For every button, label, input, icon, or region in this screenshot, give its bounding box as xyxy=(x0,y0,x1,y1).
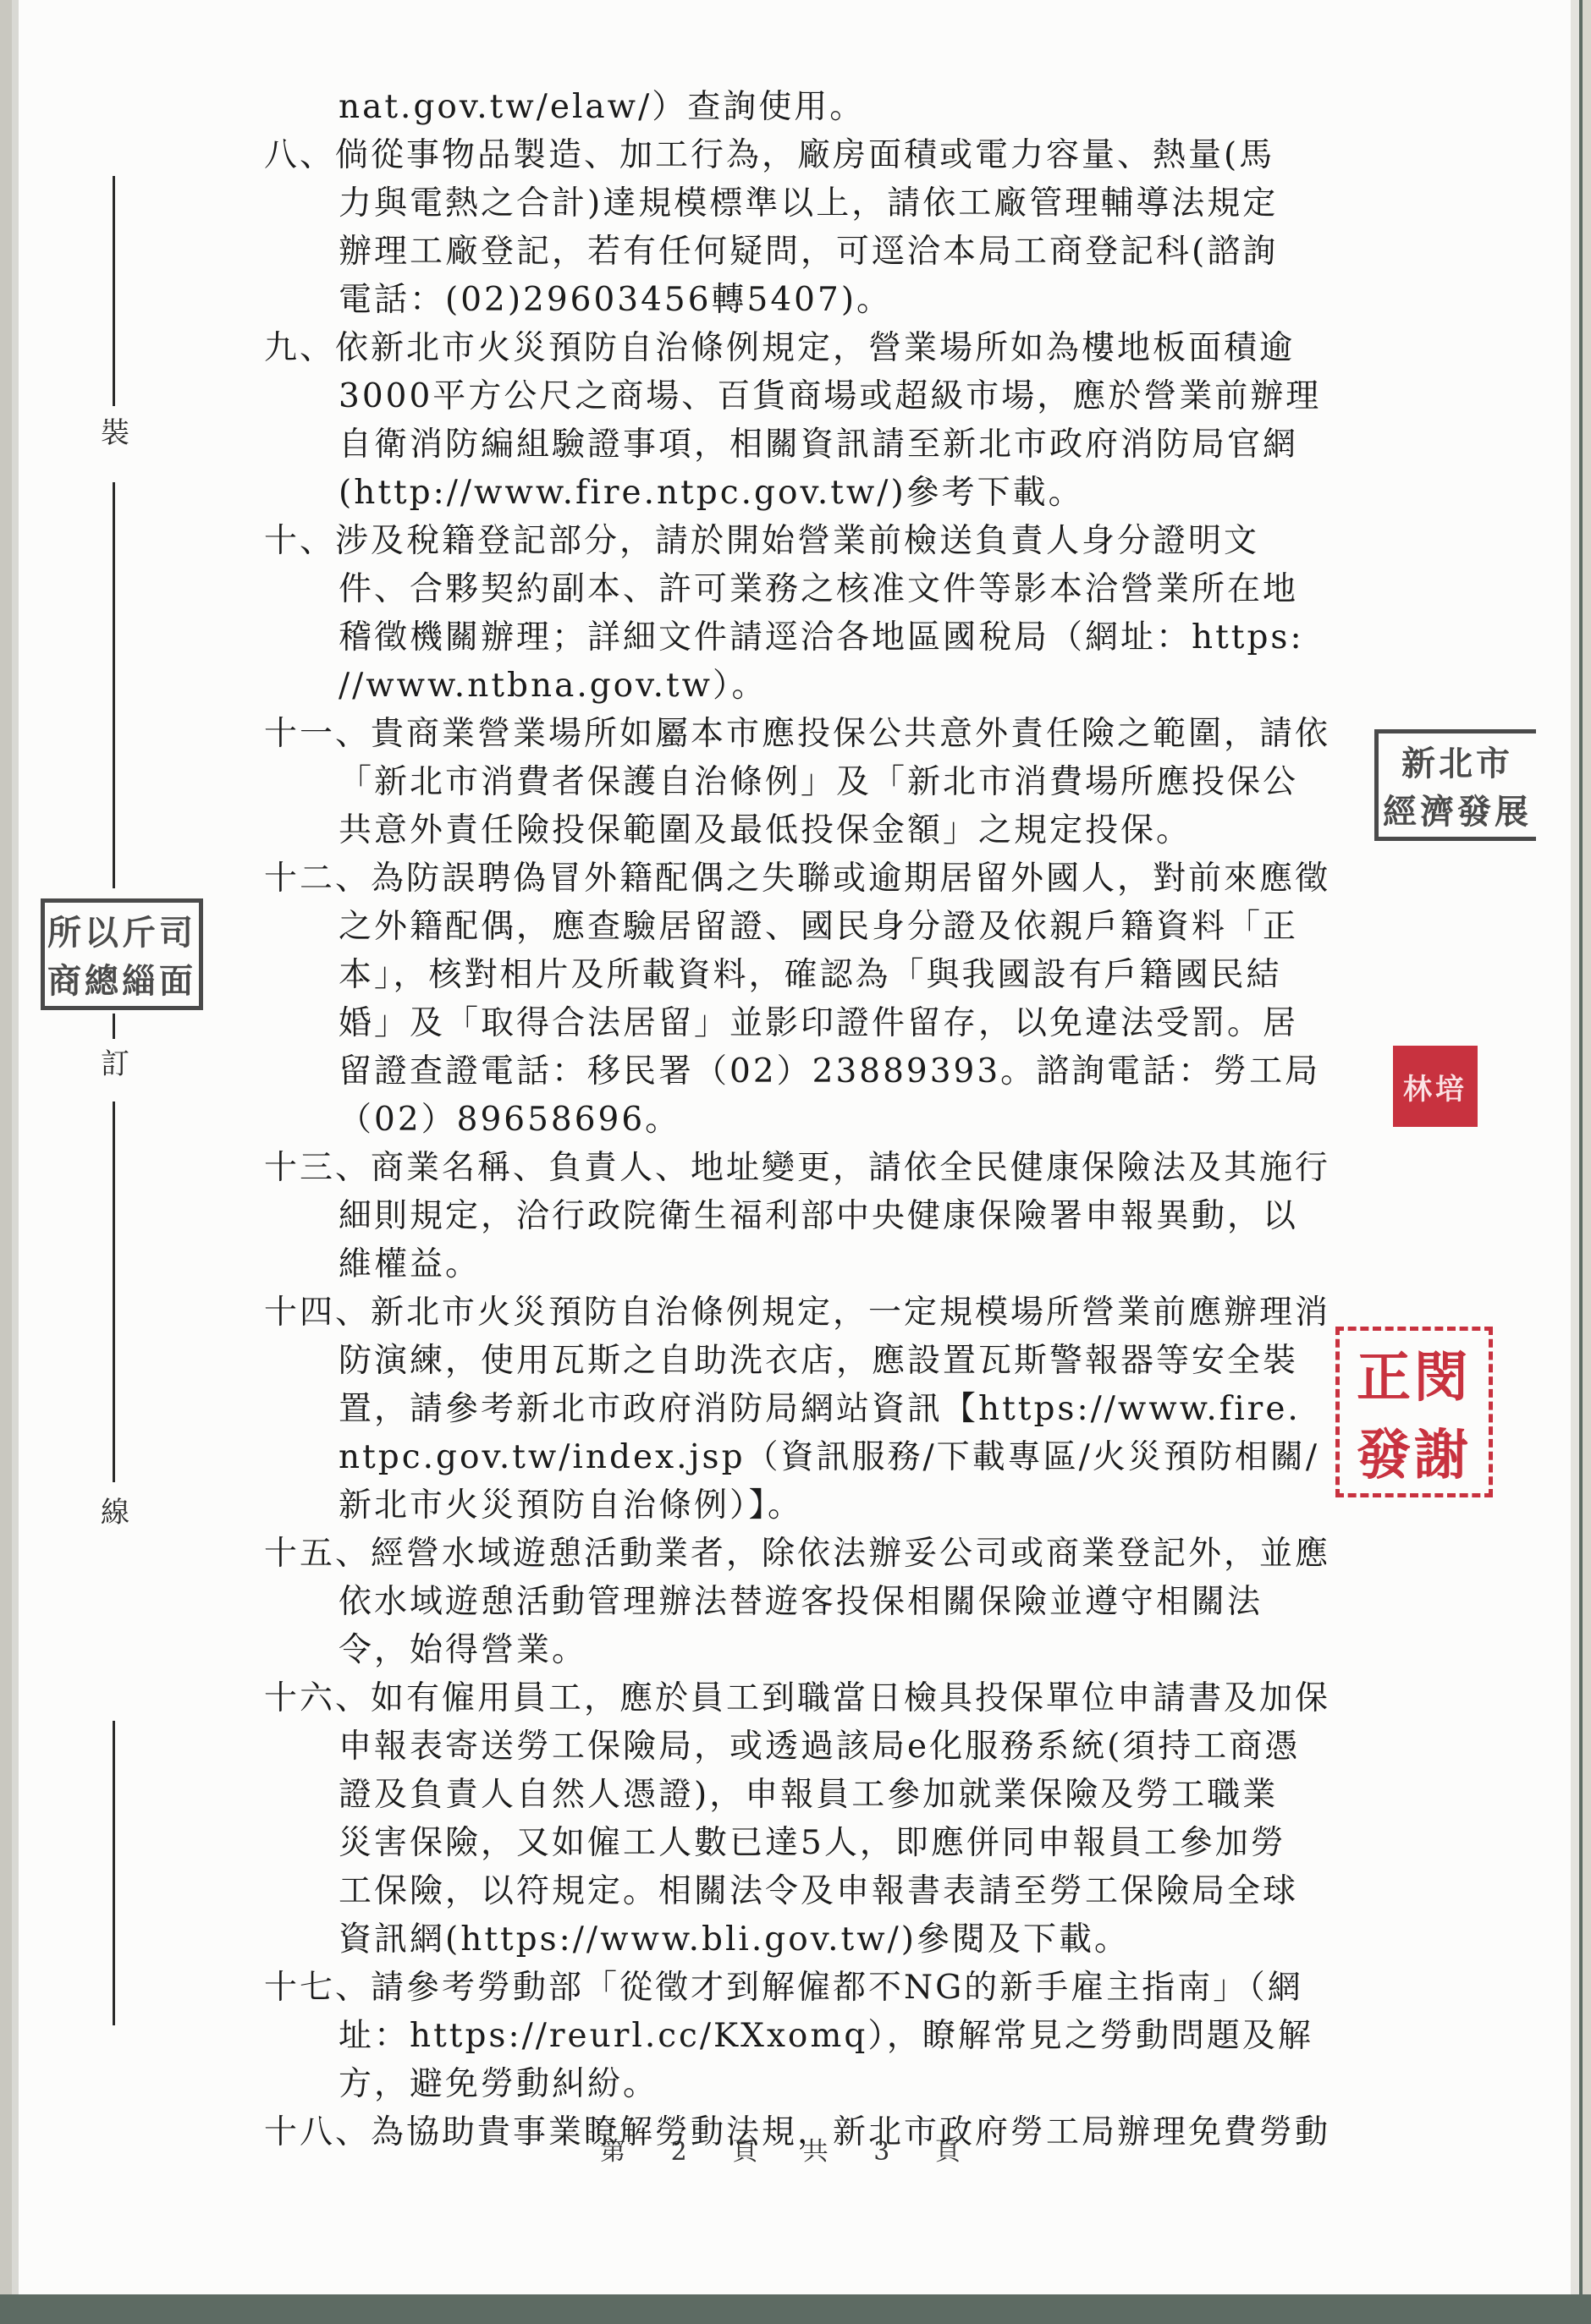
item-marker: 十五、 xyxy=(264,1530,371,1578)
line-text: (http://www.fire.ntpc.gov.tw/)參考下載。 xyxy=(339,474,1084,512)
text-line: 資訊網(https://www.bli.gov.tw/)參閱及下載。 xyxy=(264,1915,1390,1964)
text-line: 辦理工廠登記，若有任何疑問，可逕洽本局工商登記科(諮詢 xyxy=(264,228,1390,276)
list-item: 八、倘從事物品製造、加工行為，廠房面積或電力容量、熱量(馬力與電熱之合計)達規模… xyxy=(264,131,1390,324)
text-line: 工保險，以符規定。相關法令及申報書表請至勞工保險局全球 xyxy=(264,1867,1390,1915)
binding-line-mid-3 xyxy=(113,1102,115,1482)
text-line: 申報表寄送勞工保險局，或透過該局e化服務系統(須持工商憑 xyxy=(264,1722,1390,1771)
text-line: 細則規定，洽行政院衛生福利部中央健康保險署申報異動，以 xyxy=(264,1192,1390,1240)
text-line: 留證查證電話：移民署（02）23889393。諮詢電話：勞工局 xyxy=(264,1047,1390,1096)
text-line: 令，始得營業。 xyxy=(264,1626,1390,1674)
text-line: 電話：(02)29603456轉5407)。 xyxy=(264,276,1390,324)
item-marker: 十七、 xyxy=(264,1964,371,2012)
list-item: 十三、商業名稱、負責人、地址變更，請依全民健康保險法及其施行細則規定，洽行政院衛… xyxy=(264,1144,1390,1288)
text-line: 九、依新北市火災預防自治條例規定，營業場所如為樓地板面積逾 xyxy=(264,324,1390,372)
binding-line-mid-1 xyxy=(113,482,115,888)
text-line: 十七、請參考勞動部「從徵才到解僱都不NG的新手雇主指南」（網 xyxy=(264,1964,1390,2012)
text-line: 力與電熱之合計)達規模標準以上，請依工廠管理輔導法規定 xyxy=(264,179,1390,228)
binding-line-bottom xyxy=(113,1721,115,2025)
list-item: 十五、經營水域遊憩活動業者，除依法辦妥公司或商業登記外，並應依水域遊憩活動管理辦… xyxy=(264,1530,1390,1674)
text-line: 3000平方公尺之商場、百貨商場或超級市場，應於營業前辦理 xyxy=(264,372,1390,420)
line-text: 3000平方公尺之商場、百貨商場或超級市場，應於營業前辦理 xyxy=(339,377,1321,415)
text-line: (http://www.fire.ntpc.gov.tw/)參考下載。 xyxy=(264,469,1390,517)
item-marker: 八、 xyxy=(264,131,335,179)
line-text: 址：https://reurl.cc/KXxomq），瞭解常見之勞動問題及解 xyxy=(339,2017,1313,2055)
line-text: 留證查證電話：移民署（02）23889393。諮詢電話：勞工局 xyxy=(339,1052,1320,1091)
seal-large-red: 正閔 發謝 xyxy=(1335,1327,1493,1497)
page-number: 第 2 頁 共 3 頁 xyxy=(0,2130,1579,2167)
line-text: 置，請參考新北市政府消防局網站資訊【https://www.fire. xyxy=(339,1390,1301,1428)
text-line: 防演練，使用瓦斯之自助洗衣店，應設置瓦斯警報器等安全裝 xyxy=(264,1337,1390,1385)
text-line: 新北市火災預防自治條例）】。 xyxy=(264,1481,1390,1530)
list-item: 十四、新北市火災預防自治條例規定，一定規模場所營業前應辦理消防演練，使用瓦斯之自… xyxy=(264,1288,1390,1530)
list-item: 十二、為防誤聘偽冒外籍配偶之失聯或逾期居留外國人，對前來應徵之外籍配偶，應查驗居… xyxy=(264,854,1390,1144)
text-line: 件、合夥契約副本、許可業務之核准文件等影本洽營業所在地 xyxy=(264,565,1390,613)
seal-right-gray: 新北市 經濟發展 xyxy=(1374,729,1536,841)
line-text: 經營水域遊憩活動業者，除依法辦妥公司或商業登記外，並應 xyxy=(371,1535,1330,1573)
line-text: 辦理工廠登記，若有任何疑問，可逕洽本局工商登記科(諮詢 xyxy=(339,233,1278,271)
text-line: 維權益。 xyxy=(264,1240,1390,1288)
line-text: 倘從事物品製造、加工行為，廠房面積或電力容量、熱量(馬 xyxy=(335,136,1274,174)
line-text: 力與電熱之合計)達規模標準以上，請依工廠管理輔導法規定 xyxy=(339,184,1278,223)
text-line: 十四、新北市火災預防自治條例規定，一定規模場所營業前應辦理消 xyxy=(264,1288,1390,1337)
line-text: 婚」及「取得合法居留」並影印證件留存，以免違法受罰。居 xyxy=(339,1004,1298,1042)
line-text: ntpc.gov.tw/index.jsp（資訊服務/下載專區/火災預防相關/ xyxy=(339,1438,1319,1476)
line-text: 細則規定，洽行政院衛生福利部中央健康保險署申報異動，以 xyxy=(339,1197,1298,1235)
line-text: 證及負責人自然人憑證)，申報員工參加就業保險及勞工職業 xyxy=(339,1776,1278,1814)
binding-label-zhuang: 裝 xyxy=(98,409,132,451)
list-item: 十、涉及稅籍登記部分，請於開始營業前檢送負責人身分證明文件、合夥契約副本、許可業… xyxy=(264,517,1390,710)
text-line: 證及負責人自然人憑證)，申報員工參加就業保險及勞工職業 xyxy=(264,1771,1390,1819)
line-text: 貴商業營業場所如屬本市應投保公共意外責任險之範圍，請依 xyxy=(371,715,1330,753)
text-line: 十六、如有僱用員工，應於員工到職當日檢具投保單位申請書及加保 xyxy=(264,1674,1390,1722)
line-text: nat.gov.tw/elaw/）查詢使用。 xyxy=(339,88,865,126)
text-line: 災害保險，又如僱工人數已達5人，即應併同申報員工參加勞 xyxy=(264,1819,1390,1867)
binding-line-top xyxy=(113,176,115,406)
text-line: 置，請參考新北市政府消防局網站資訊【https://www.fire. xyxy=(264,1385,1390,1433)
line-text: 如有僱用員工，應於員工到職當日檢具投保單位申請書及加保 xyxy=(371,1679,1330,1717)
text-line: nat.gov.tw/elaw/）查詢使用。 xyxy=(264,83,1390,131)
seal-left-gray: 所以斤司 商總緇面 xyxy=(41,898,203,1010)
seal-small-red: 林 培 xyxy=(1393,1046,1478,1127)
line-text: 共意外責任險投保範圍及最低投保金額」之規定投保。 xyxy=(339,811,1192,849)
item-marker: 十一、 xyxy=(264,710,371,758)
line-text: 稽徵機關辦理；詳細文件請逕洽各地區國稅局（網址：https: xyxy=(339,618,1304,657)
text-line: 十二、為防誤聘偽冒外籍配偶之失聯或逾期居留外國人，對前來應徵 xyxy=(264,854,1390,903)
line-text: （02）89658696。 xyxy=(339,1101,680,1139)
line-text: 新北市火災預防自治條例）】。 xyxy=(339,1486,803,1525)
line-text: 申報表寄送勞工保險局，或透過該局e化服務系統(須持工商憑 xyxy=(339,1728,1300,1766)
line-text: 請參考勞動部「從徵才到解僱都不NG的新手雇主指南」（網 xyxy=(371,1969,1303,2007)
line-text: 涉及稅籍登記部分，請於開始營業前檢送負責人身分證明文 xyxy=(335,522,1259,560)
document-body: nat.gov.tw/elaw/）查詢使用。八、倘從事物品製造、加工行為，廠房面… xyxy=(264,83,1390,2156)
line-text: 維權益。 xyxy=(339,1245,481,1283)
line-text: //www.ntbna.gov.tw）。 xyxy=(339,667,768,705)
item-marker: 九、 xyxy=(264,324,335,372)
item-marker: 十三、 xyxy=(264,1144,371,1192)
line-text: 資訊網(https://www.bli.gov.tw/)參閱及下載。 xyxy=(339,1920,1130,1959)
line-text: 依水域遊憩活動管理辦法替遊客投保相關保險並遵守相關法 xyxy=(339,1583,1263,1621)
line-text: 本」，核對相片及所載資料，確認為「與我國設有戶籍國民結 xyxy=(339,956,1282,994)
text-line: 稽徵機關辦理；詳細文件請逕洽各地區國稅局（網址：https: xyxy=(264,613,1390,662)
text-line: 婚」及「取得合法居留」並影印證件留存，以免違法受罰。居 xyxy=(264,999,1390,1047)
list-item: 十七、請參考勞動部「從徵才到解僱都不NG的新手雇主指南」（網址：https://… xyxy=(264,1964,1390,2108)
text-line: 本」，核對相片及所載資料，確認為「與我國設有戶籍國民結 xyxy=(264,951,1390,999)
line-text: 令，始得營業。 xyxy=(339,1631,587,1669)
text-line: 自衛消防編組驗證事項，相關資訊請至新北市政府消防局官網 xyxy=(264,420,1390,469)
text-line: 十一、貴商業營業場所如屬本市應投保公共意外責任險之範圍，請依 xyxy=(264,710,1390,758)
list-item: 十六、如有僱用員工，應於員工到職當日檢具投保單位申請書及加保申報表寄送勞工保險局… xyxy=(264,1674,1390,1964)
item-marker: 十六、 xyxy=(264,1674,371,1722)
text-line: 十、涉及稅籍登記部分，請於開始營業前檢送負責人身分證明文 xyxy=(264,517,1390,565)
binding-label-xian: 線 xyxy=(98,1489,132,1530)
text-line: 十三、商業名稱、負責人、地址變更，請依全民健康保險法及其施行 xyxy=(264,1144,1390,1192)
text-line: 之外籍配偶，應查驗居留證、國民身分證及依親戶籍資料「正 xyxy=(264,903,1390,951)
text-line: ntpc.gov.tw/index.jsp（資訊服務/下載專區/火災預防相關/ xyxy=(264,1433,1390,1481)
text-line: 址：https://reurl.cc/KXxomq），瞭解常見之勞動問題及解 xyxy=(264,2012,1390,2060)
line-text: 件、合夥契約副本、許可業務之核准文件等影本洽營業所在地 xyxy=(339,570,1298,608)
list-item: 九、依新北市火災預防自治條例規定，營業場所如為樓地板面積逾3000平方公尺之商場… xyxy=(264,324,1390,517)
text-line: 「新北市消費者保護自治條例」及「新北市消費場所應投保公 xyxy=(264,758,1390,806)
line-text: 商業名稱、負責人、地址變更，請依全民健康保險法及其施行 xyxy=(371,1149,1330,1187)
line-text: 之外籍配偶，應查驗居留證、國民身分證及依親戶籍資料「正 xyxy=(339,908,1298,946)
line-text: 為防誤聘偽冒外籍配偶之失聯或逾期居留外國人，對前來應徵 xyxy=(371,860,1330,898)
binding-label-ding: 訂 xyxy=(98,1041,132,1082)
line-text: 防演練，使用瓦斯之自助洗衣店，應設置瓦斯警報器等安全裝 xyxy=(339,1342,1298,1380)
line-text: 方，避免勞動糾紛。 xyxy=(339,2065,658,2103)
line-text: 「新北市消費者保護自治條例」及「新北市消費場所應投保公 xyxy=(339,763,1298,801)
item-marker: 十二、 xyxy=(264,854,371,903)
text-line: 十五、經營水域遊憩活動業者，除依法辦妥公司或商業登記外，並應 xyxy=(264,1530,1390,1578)
line-text: 電話：(02)29603456轉5407)。 xyxy=(339,281,892,319)
text-line: 方，避免勞動糾紛。 xyxy=(264,2060,1390,2108)
line-text: 工保險，以符規定。相關法令及申報書表請至勞工保險局全球 xyxy=(339,1872,1298,1910)
list-item: nat.gov.tw/elaw/）查詢使用。 xyxy=(264,83,1390,131)
line-text: 自衛消防編組驗證事項，相關資訊請至新北市政府消防局官網 xyxy=(339,426,1298,464)
item-marker: 十四、 xyxy=(264,1288,371,1337)
text-line: //www.ntbna.gov.tw）。 xyxy=(264,662,1390,710)
text-line: 八、倘從事物品製造、加工行為，廠房面積或電力容量、熱量(馬 xyxy=(264,131,1390,179)
text-line: （02）89658696。 xyxy=(264,1096,1390,1144)
line-text: 新北市火災預防自治條例規定，一定規模場所營業前應辦理消 xyxy=(371,1294,1330,1332)
text-line: 依水域遊憩活動管理辦法替遊客投保相關保險並遵守相關法 xyxy=(264,1578,1390,1626)
list-item: 十一、貴商業營業場所如屬本市應投保公共意外責任險之範圍，請依「新北市消費者保護自… xyxy=(264,710,1390,854)
item-marker: 十、 xyxy=(264,517,335,565)
binding-line-mid-2 xyxy=(113,1014,115,1039)
page-edge-right xyxy=(1583,0,1591,2294)
line-text: 依新北市火災預防自治條例規定，營業場所如為樓地板面積逾 xyxy=(335,329,1295,367)
page-edge-left xyxy=(0,0,12,2294)
line-text: 災害保險，又如僱工人數已達5人，即應併同申報員工參加勞 xyxy=(339,1824,1286,1862)
text-line: 共意外責任險投保範圍及最低投保金額」之規定投保。 xyxy=(264,806,1390,854)
